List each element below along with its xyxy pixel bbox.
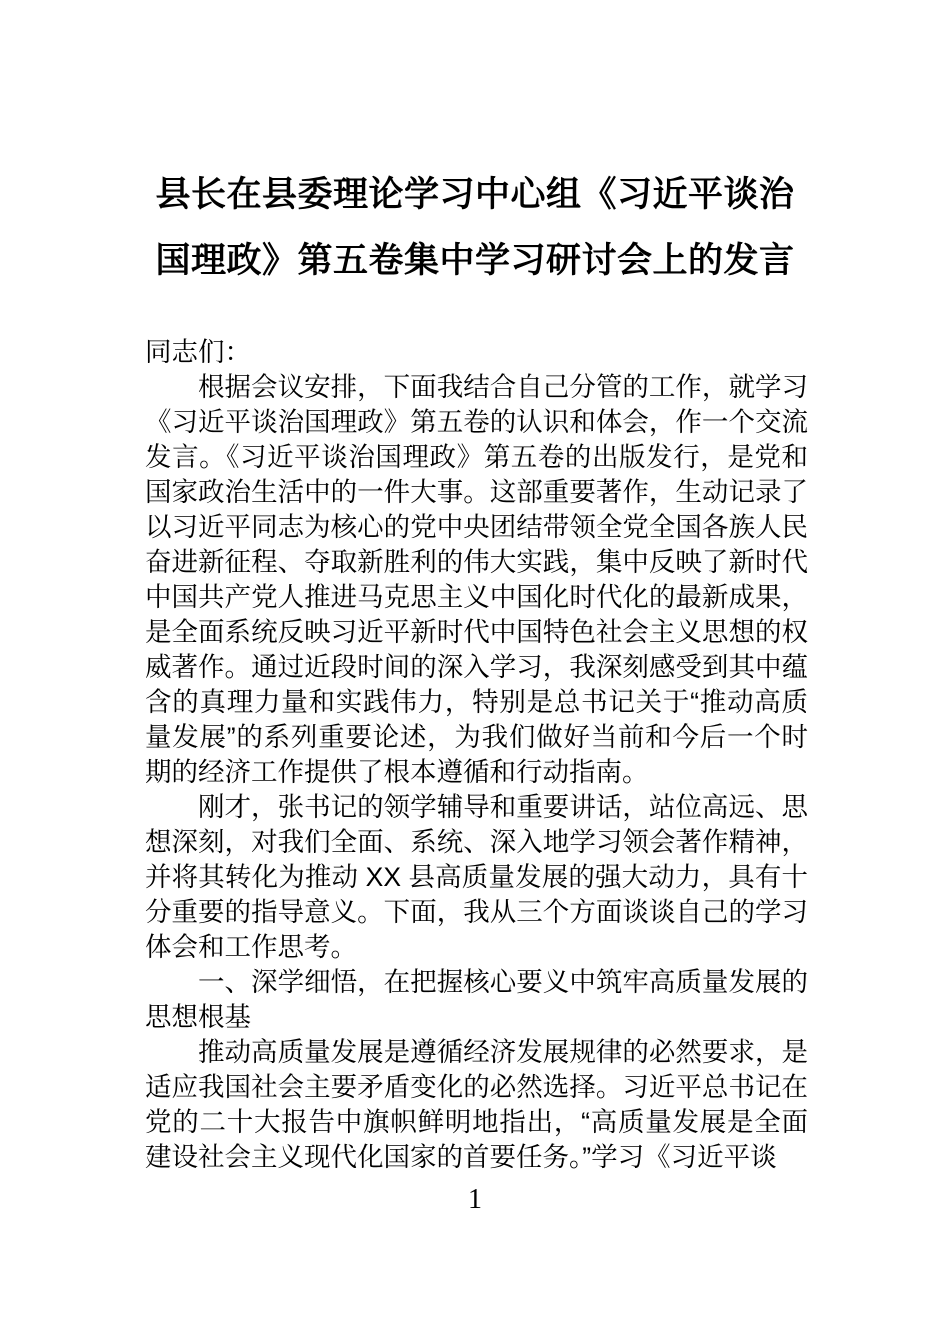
document-page: 县长在县委理论学习中心组《习近平谈治国理政》第五卷集中学习研讨会上的发言 同志们… (0, 0, 950, 1344)
page-number: 1 (0, 1185, 950, 1215)
paragraph: 刚才，张书记的领学辅导和重要讲话，站位高远、思想深刻，对我们全面、系统、深入地学… (145, 790, 808, 965)
paragraph: 推动高质量发展是遵循经济发展规律的必然要求，是适应我国社会主要矛盾变化的必然选择… (145, 1035, 808, 1175)
paragraph: 同志们： (145, 335, 808, 370)
paragraph: 根据会议安排，下面我结合自己分管的工作，就学习《习近平谈治国理政》第五卷的认识和… (145, 370, 808, 790)
document-title: 县长在县委理论学习中心组《习近平谈治国理政》第五卷集中学习研讨会上的发言 (145, 0, 805, 294)
document-body: 同志们：根据会议安排，下面我结合自己分管的工作，就学习《习近平谈治国理政》第五卷… (145, 335, 808, 1175)
section-heading: 一、深学细悟，在把握核心要义中筑牢高质量发展的思想根基 (145, 965, 808, 1035)
